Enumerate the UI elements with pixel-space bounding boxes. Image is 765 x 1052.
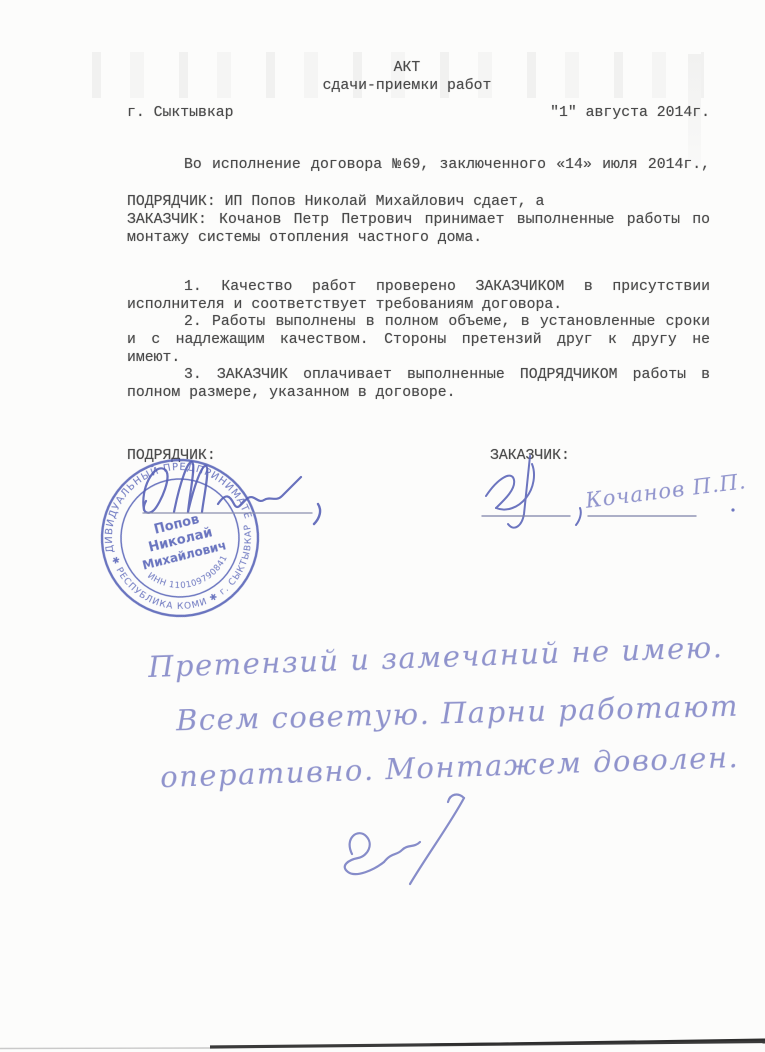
intro-line: Во исполнение договора №69, заключенного… bbox=[127, 157, 710, 175]
scanned-document-page: АКТ сдачи-приемки работ г. Сыктывкар "1"… bbox=[0, 0, 765, 1052]
date-label: "1" августа 2014г. bbox=[550, 105, 710, 123]
clause-2-line: 2. Работы выполнены в полном объеме, в у… bbox=[127, 314, 710, 332]
contractor-signature bbox=[130, 452, 360, 542]
document-subtitle: сдачи-приемки работ bbox=[127, 78, 687, 96]
clause-2-line: имеют. bbox=[127, 350, 710, 368]
party-continuation-line: монтажу системы отопления частного дома. bbox=[127, 230, 710, 248]
handwritten-review-line: Всем советую. Парни работают bbox=[176, 689, 740, 738]
clause-3-line: полном размере, указанном в договоре. bbox=[127, 385, 710, 403]
parties-paragraph: ПОДРЯДЧИК: ИП Попов Николай Михайлович с… bbox=[127, 194, 710, 247]
city-label: г. Сыктывкар bbox=[127, 105, 234, 123]
document-body: АКТ сдачи-приемки работ г. Сыктывкар "1"… bbox=[127, 60, 710, 402]
clause-2-line: и с надлежащим качеством. Стороны претен… bbox=[127, 332, 710, 350]
clause-3-line: 3. ЗАКАЗЧИК оплачивает выполненные ПОДРЯ… bbox=[127, 367, 710, 385]
handwritten-review-line: оперативно. Монтажем доволен. bbox=[160, 740, 740, 794]
title-block: АКТ сдачи-приемки работ bbox=[127, 60, 710, 95]
contractor-party-line: ПОДРЯДЧИК: ИП Попов Николай Михайлович с… bbox=[127, 194, 710, 212]
city-date-row: г. Сыктывкар "1" августа 2014г. bbox=[127, 105, 710, 123]
document-title: АКТ bbox=[127, 60, 687, 78]
handwritten-review-line: Претензий и замечаний не имею. bbox=[148, 630, 724, 684]
clause-1-line: исполнителя и соответствует требованиям … bbox=[127, 297, 710, 315]
intro-paragraph: Во исполнение договора №69, заключенного… bbox=[127, 157, 710, 175]
clause-1-line: 1. Качество работ проверено ЗАКАЗЧИКОМ в… bbox=[127, 279, 710, 297]
customer-party-line: ЗАКАЗЧИК: Кочанов Петр Петрович принимае… bbox=[127, 212, 710, 230]
clauses-block: 1. Качество работ проверено ЗАКАЗЧИКОМ в… bbox=[127, 279, 710, 402]
reviewer-signature bbox=[322, 790, 502, 890]
